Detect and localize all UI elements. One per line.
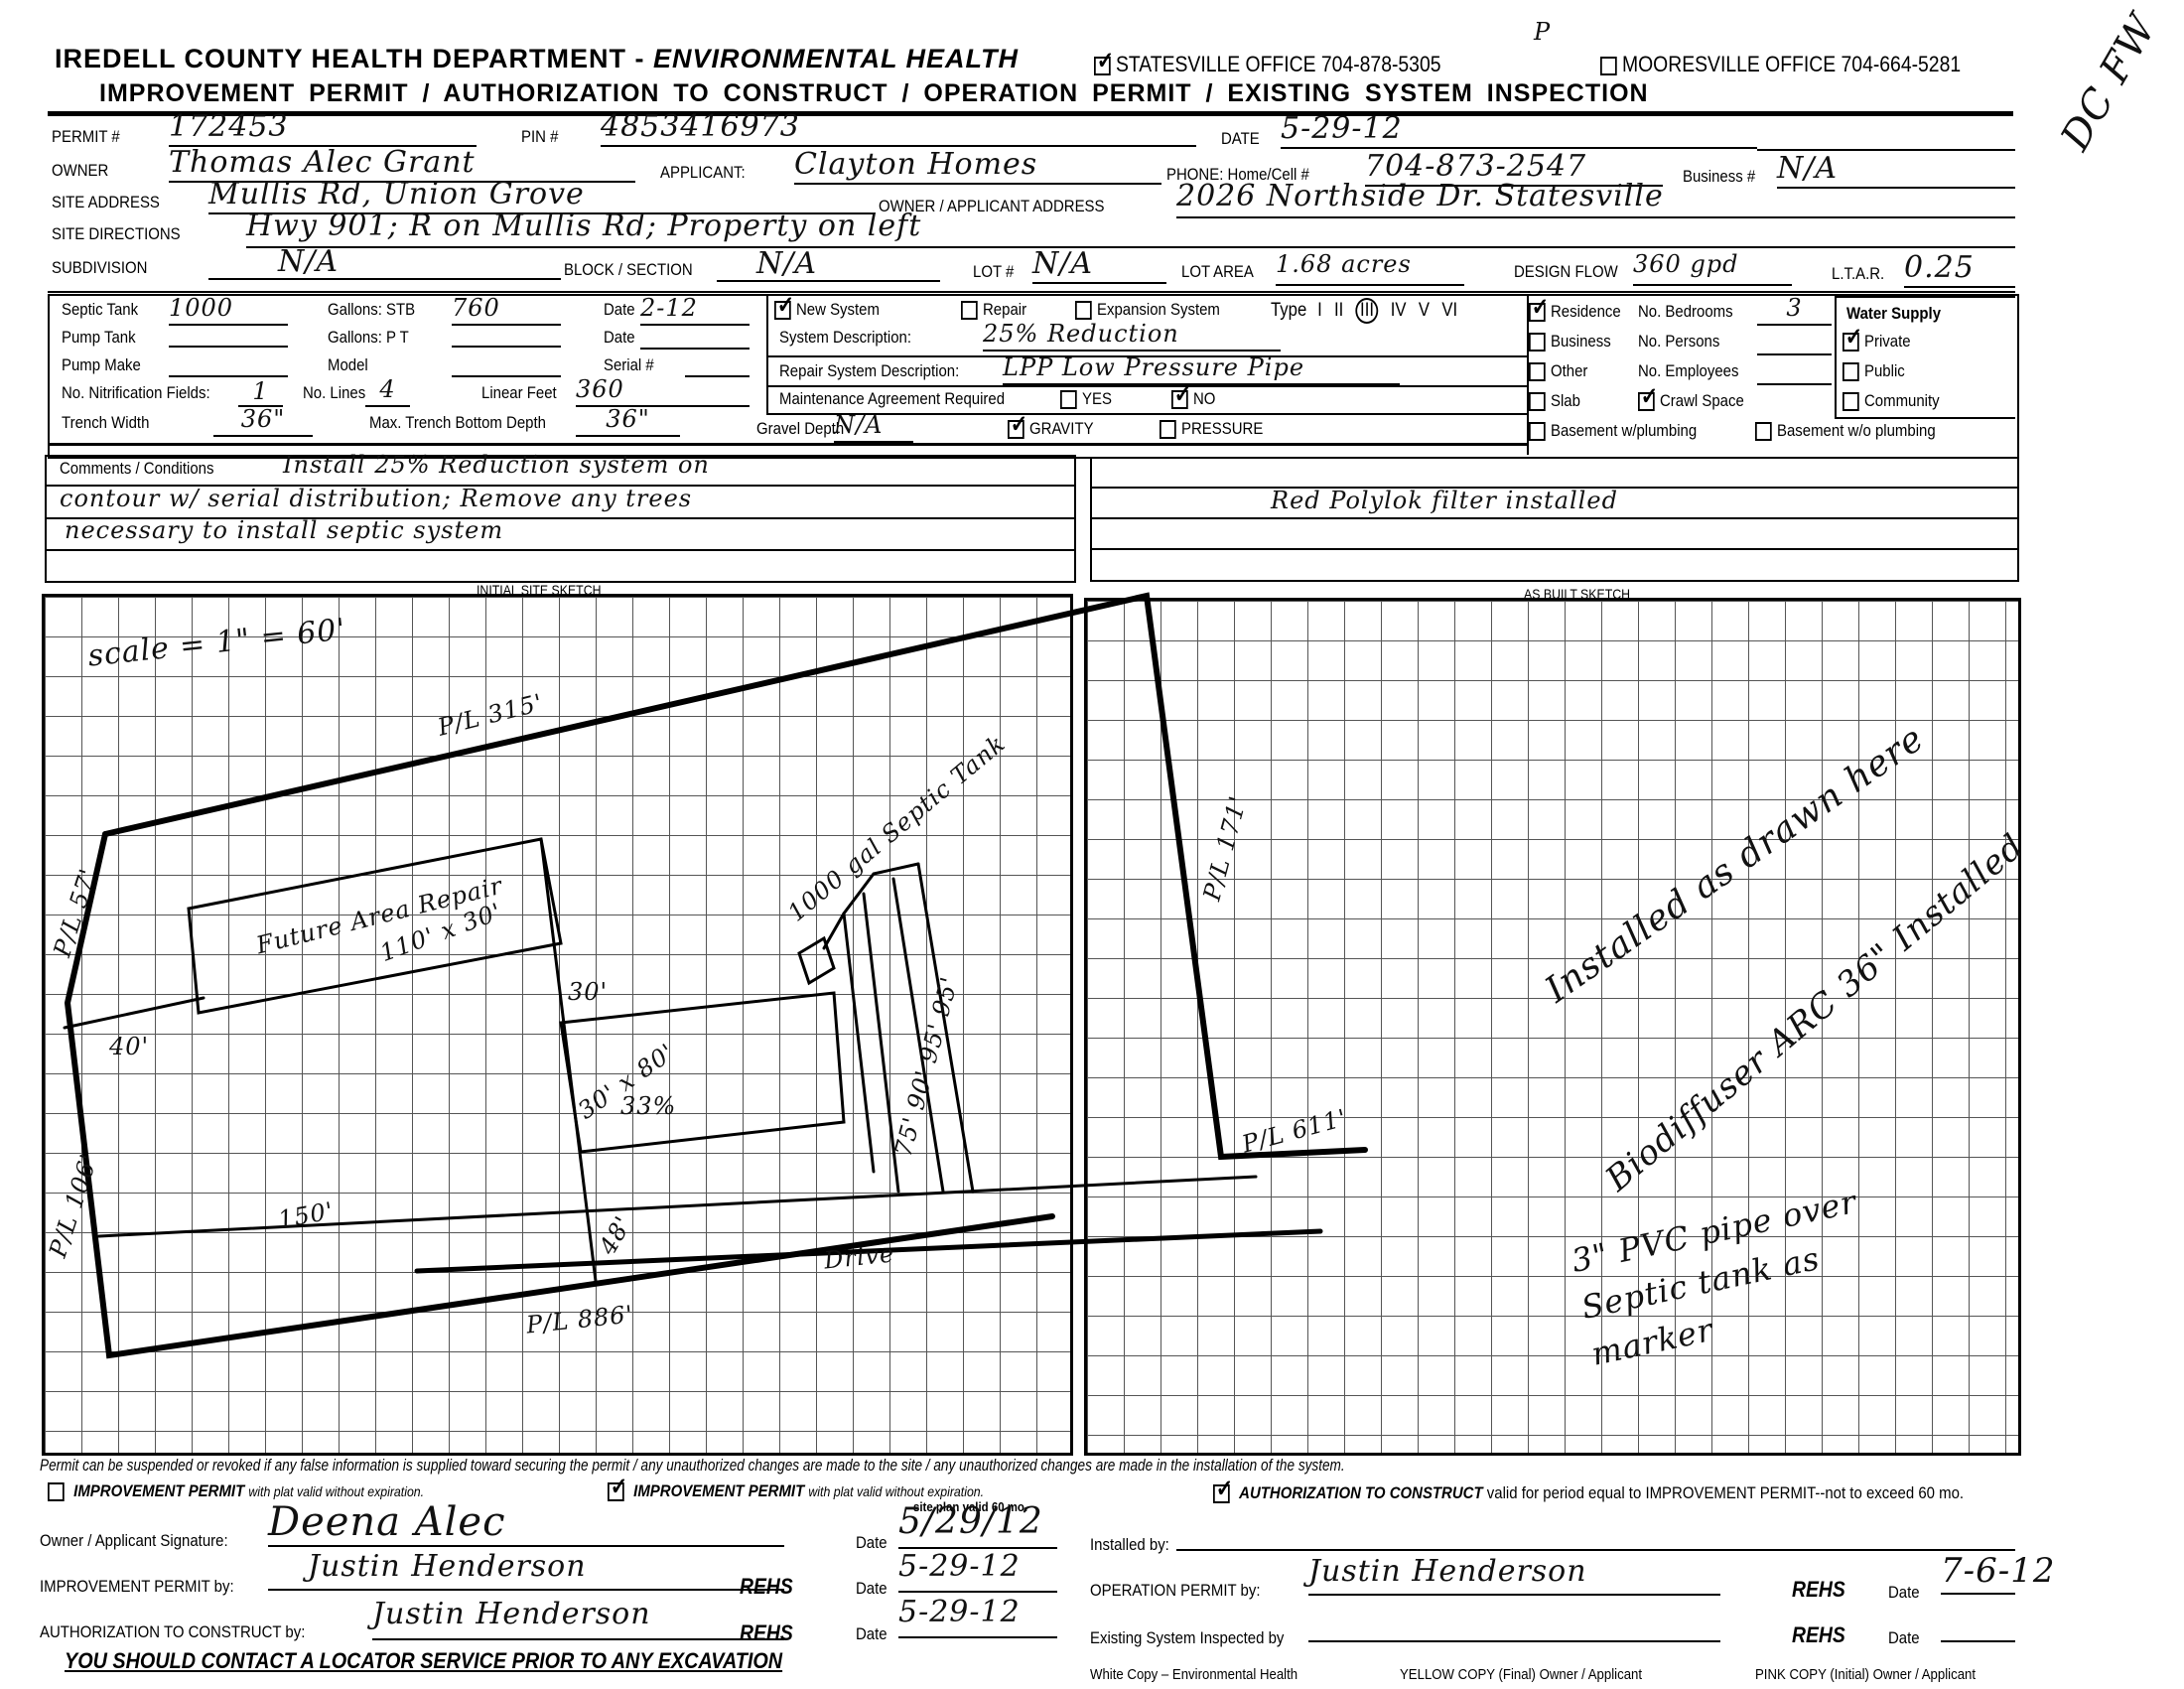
maintenance-yes-label: YES [1082,389,1112,408]
atc-rehs: REHS [740,1620,793,1646]
linear-feet-field[interactable]: 360 [576,375,750,407]
type-option-vi[interactable]: VI [1441,300,1457,322]
office-mooresville[interactable]: MOORESVILLE OFFICE 704-664-5281 [1600,52,1961,77]
expansion-option[interactable]: Expansion System [1075,300,1220,320]
basement-plumbing-option[interactable]: Basement w/plumbing [1529,421,1697,441]
site-directions-field[interactable]: Hwy 901; R on Mullis Rd; Property on lef… [246,209,2015,248]
dept-name: IREDELL COUNTY HEALTH DEPARTMENT - [55,44,645,73]
owner-label: OWNER [52,161,108,181]
new-system-option[interactable]: New System [774,300,880,320]
bedrooms-label: No. Bedrooms [1638,302,1733,322]
pump-tank-field[interactable] [169,346,288,348]
repair-desc-field[interactable]: LPP Low Pressure Pipe [1003,353,1400,385]
water-public-label: Public [1864,361,1905,380]
water-private-option[interactable]: Private [1843,332,1911,352]
slab-label: Slab [1551,391,1580,410]
owner-date-label: Date [856,1533,887,1553]
expansion-label: Expansion System [1097,300,1220,319]
gallons-pt-field[interactable] [452,346,561,348]
statesville-checkbox[interactable] [1094,57,1111,75]
employees-label: No. Employees [1638,361,1738,381]
comment-line-3[interactable]: necessary to install septic system [65,516,503,544]
permit-types-title: IMPROVEMENT PERMIT / AUTHORIZATION TO CO… [99,79,1649,108]
op-by-signature[interactable]: Justin Henderson [1308,1554,1720,1596]
pressure-checkbox[interactable] [1160,420,1176,439]
repair-desc-label: Repair System Description: [779,361,959,381]
lot-field[interactable]: N/A [1032,246,1166,284]
gravel-depth-label: Gravel Depth [756,419,844,439]
model-label: Model [328,355,368,375]
ip-plat-option[interactable]: IMPROVEMENT PERMIT with plat valid witho… [608,1481,984,1501]
ltar-label: L.T.A.R. [1832,264,1884,284]
gallons-pt-label: Gallons: P T [328,328,409,348]
persons-label: No. Persons [1638,332,1719,352]
basement-plumbing-label: Basement w/plumbing [1551,421,1697,440]
ip-no-plat-label: IMPROVEMENT PERMIT [73,1481,244,1500]
atc-label: AUTHORIZATION TO CONSTRUCT [1239,1483,1482,1502]
ltar-field[interactable]: 0.25 [1904,250,2015,288]
water-private-checkbox[interactable] [1843,333,1859,352]
septic-tank-label: Septic Tank [62,300,138,320]
owner-signature-field[interactable]: Deena Alec [268,1499,784,1547]
op-date-field[interactable]: 7-6-12 [1941,1551,2015,1595]
maintenance-yes-checkbox[interactable] [1060,390,1077,409]
sketch-field-b: 33% [620,1092,676,1120]
ip-by-signature[interactable]: Justin Henderson [268,1549,784,1591]
comments-label: Comments / Conditions [60,459,213,479]
ip-date-field[interactable]: 5-29-12 [898,1549,1057,1593]
type-option-v[interactable]: V [1419,300,1430,322]
maintenance-no-option[interactable]: NO [1171,389,1215,409]
copy-pink: PINK COPY (Initial) Owner / Applicant [1755,1666,1976,1683]
atc-date-label: Date [856,1624,887,1644]
nitrification-field[interactable]: 1 [238,377,283,407]
system-desc-label: System Description: [779,328,911,348]
maintenance-no-label: NO [1193,389,1215,408]
septic-tank-field[interactable]: 1000 [169,294,288,326]
ip-plat-suffix: with plat valid without expiration. [808,1483,984,1499]
basement-no-plumbing-label: Basement w/o plumbing [1777,421,1936,440]
repair-label: Repair [983,300,1026,319]
ip-by-label: IMPROVEMENT PERMIT by: [40,1577,234,1597]
gallons-stb-field[interactable]: 760 [452,294,561,326]
crawl-space-option[interactable]: Crawl Space [1638,391,1744,411]
owner-signature-label: Owner / Applicant Signature: [40,1531,228,1551]
water-private-label: Private [1864,332,1911,351]
atc-by-label: AUTHORIZATION TO CONSTRUCT by: [40,1622,305,1642]
gallons-stb-label: Gallons: STB [328,300,415,320]
water-community-checkbox[interactable] [1843,392,1859,411]
ip-no-plat-suffix: with plat valid without expiration. [248,1483,424,1499]
copy-white: White Copy – Environmental Health [1090,1666,1297,1683]
gravity-option[interactable]: GRAVITY [1008,419,1094,439]
op-by-label: OPERATION PERMIT by: [1090,1581,1261,1601]
pressure-label: PRESSURE [1181,419,1263,438]
asbuilt-sketch[interactable] [1084,598,2021,1456]
business-option[interactable]: Business [1529,332,1611,352]
site-address-label: SITE ADDRESS [52,193,160,212]
type-option-ii[interactable]: II [1334,300,1343,322]
date1-label: Date [604,300,635,320]
subdivision-label: SUBDIVISION [52,258,147,278]
division-name: ENVIRONMENTAL HEALTH [653,44,1019,73]
pin-label: PIN # [521,127,558,147]
site-directions-label: SITE DIRECTIONS [52,224,181,244]
block-field[interactable]: N/A [717,246,940,282]
initials-mark: P [1534,18,1551,46]
maintenance-no-checkbox[interactable] [1171,390,1188,409]
statesville-label: STATESVILLE OFFICE 704-878-5305 [1116,52,1440,76]
nitrification-label: No. Nitrification Fields: [62,383,210,403]
type-option-i[interactable]: I [1317,300,1322,322]
other-label: Other [1551,361,1587,380]
system-type-selector[interactable]: Type IIIIIIIVVVI [1271,298,1463,324]
max-depth-label: Max. Trench Bottom Depth [369,413,546,433]
op-rehs: REHS [1792,1577,1845,1603]
residence-label: Residence [1551,302,1621,321]
pump-date-field[interactable] [640,348,750,350]
water-public-checkbox[interactable] [1843,362,1859,381]
date2-label: Date [604,328,635,348]
repair-option[interactable]: Repair [961,300,1026,320]
ip-no-plat-option[interactable]: IMPROVEMENT PERMIT with plat valid witho… [48,1481,424,1501]
water-community-option[interactable]: Community [1843,391,1940,411]
type-option-iii[interactable]: III [1356,298,1379,324]
date-label: DATE [1221,129,1260,149]
maintenance-yes-option[interactable]: YES [1060,389,1112,409]
corner-initials: DC FW [2052,7,2165,158]
copy-yellow: YELLOW COPY (Final) Owner / Applicant [1400,1666,1642,1683]
water-supply-title: Water Supply [1846,304,1941,324]
asbuilt-comment-line[interactable]: Red Polylok filter installed [1271,487,1618,514]
esi-rehs: REHS [1792,1622,1845,1648]
atc-date-field[interactable]: 5-29-12 [898,1595,1057,1638]
revocation-warning: Permit can be suspended or revoked if an… [40,1456,1345,1476]
department-title: IREDELL COUNTY HEALTH DEPARTMENT - ENVIR… [55,44,1019,74]
slab-option[interactable]: Slab [1529,391,1580,411]
pump-tank-label: Pump Tank [62,328,136,348]
atc-option[interactable]: AUTHORIZATION TO CONSTRUCT valid for per… [1213,1483,1964,1503]
gravity-label: GRAVITY [1029,419,1094,438]
basement-no-plumbing-checkbox[interactable] [1755,422,1772,441]
comments-right-box [1090,457,2019,582]
sketch-dim-30: 30' [568,978,608,1006]
lines-label: No. Lines [303,383,365,403]
owner-date-field[interactable]: 5/29/12 [898,1501,1057,1549]
type-options[interactable]: IIIIIIIVVVI [1311,300,1463,321]
other-option[interactable]: Other [1529,361,1587,381]
linear-feet-label: Linear Feet [481,383,557,403]
new-system-label: New System [796,300,880,319]
residence-checkbox[interactable] [1529,303,1546,322]
esi-date-field[interactable] [1941,1640,2015,1642]
max-depth-field[interactable]: 36" [576,405,680,437]
basement-plumbing-checkbox[interactable] [1529,422,1546,441]
pin-field[interactable]: 4853416973 [601,109,1196,147]
block-label: BLOCK / SECTION [564,260,693,280]
permit-label: PERMIT # [52,127,120,147]
expansion-checkbox[interactable] [1075,301,1092,320]
atc-by-signature[interactable]: Justin Henderson [372,1597,784,1640]
pump-make-label: Pump Make [62,355,141,375]
ip-no-plat-checkbox[interactable] [48,1482,65,1501]
installed-by-field[interactable] [1176,1549,2015,1551]
mooresville-checkbox[interactable] [1600,57,1617,75]
comment-line-1[interactable]: Install 25% Reduction system on [283,451,710,479]
esi-date-label: Date [1888,1628,1920,1648]
employees-field[interactable] [1757,383,1832,385]
atc-suffix: valid for period equal to IMPROVEMENT PE… [1487,1483,1964,1502]
new-system-checkbox[interactable] [774,301,791,320]
gravity-checkbox[interactable] [1008,420,1024,439]
water-public-option[interactable]: Public [1843,361,1905,381]
design-flow-label: DESIGN FLOW [1514,262,1618,282]
repair-checkbox[interactable] [961,301,978,320]
bedrooms-field[interactable]: 3 [1757,294,1832,326]
lot-label: LOT # [973,262,1014,282]
gravel-depth-field[interactable]: N/A [834,411,913,443]
lot-area-label: LOT AREA [1181,262,1254,282]
locator-warning: YOU SHOULD CONTACT A LOCATOR SERVICE PRI… [65,1648,782,1674]
business-checkbox[interactable] [1529,333,1546,352]
lot-area-field[interactable]: 1.68 acres [1276,250,1464,286]
basement-no-plumbing-option[interactable]: Basement w/o plumbing [1755,421,1936,441]
water-community-label: Community [1864,391,1940,410]
installed-by-label: Installed by: [1090,1535,1169,1555]
residence-option[interactable]: Residence [1529,302,1621,322]
mooresville-label: MOORESVILLE OFFICE 704-664-5281 [1622,52,1961,76]
type-label: Type [1271,300,1306,321]
comment-line-2[interactable]: contour w/ serial distribution; Remove a… [60,485,692,512]
crawl-space-label: Crawl Space [1660,391,1744,410]
maintenance-label: Maintenance Agreement Required [779,389,1005,409]
type-option-iv[interactable]: IV [1391,300,1407,322]
sketch-dim-40: 40' [109,1033,149,1060]
ip-plat-label: IMPROVEMENT PERMIT [633,1481,804,1500]
business-label: Business [1551,332,1611,351]
atc-checkbox[interactable] [1213,1484,1230,1503]
subdivision-field[interactable]: N/A [208,244,561,280]
op-date-label: Date [1888,1583,1920,1603]
permit-number-field[interactable]: 172453 [169,109,477,147]
system-desc-field[interactable]: 25% Reduction [983,320,1281,352]
slab-checkbox[interactable] [1529,392,1546,411]
model-field[interactable] [452,375,561,377]
esi-label: Existing System Inspected by [1090,1628,1284,1648]
serial-label: Serial # [604,355,654,375]
tank-date-field[interactable]: 2-12 [640,294,750,326]
crawl-space-checkbox[interactable] [1638,392,1655,411]
lines-field[interactable]: 4 [365,375,410,407]
ip-date-label: Date [856,1579,887,1599]
design-flow-field[interactable]: 360 gpd [1633,250,1792,286]
date-field[interactable]: 5-29-12 [1281,111,1757,149]
trench-width-label: Trench Width [62,413,149,433]
office-statesville[interactable]: STATESVILLE OFFICE 704-878-5305 [1094,52,1440,77]
trench-width-field[interactable]: 36" [213,405,313,437]
persons-field[interactable] [1757,353,1832,355]
esi-field[interactable] [1308,1640,1720,1642]
other-checkbox[interactable] [1529,362,1546,381]
pressure-option[interactable]: PRESSURE [1160,419,1263,439]
